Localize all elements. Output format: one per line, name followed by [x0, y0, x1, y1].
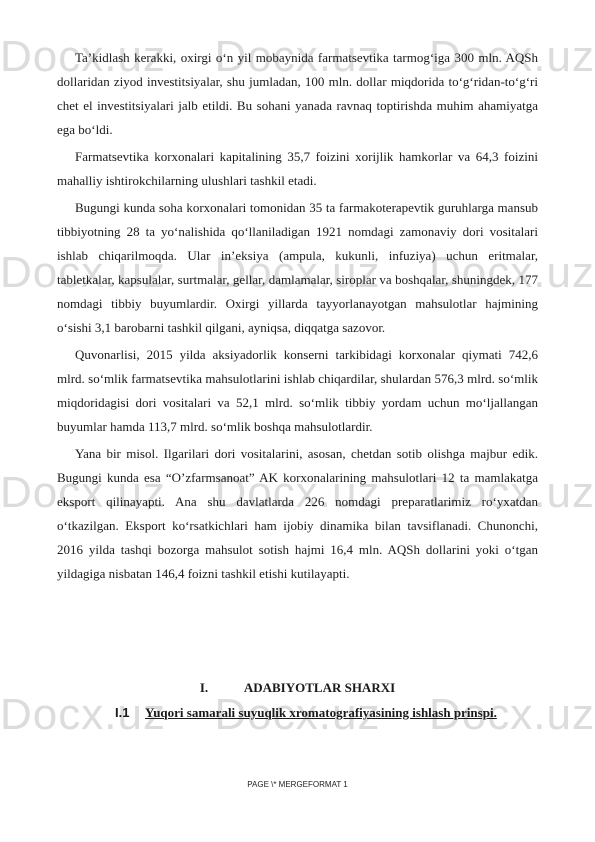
section-heading: I.ADABIYOTLAR SHARXI	[0, 680, 595, 696]
paragraph-investments: Ta’kidlash kerakki, oxirgi o‘n yil mobay…	[57, 46, 538, 142]
section-title: ADABIYOTLAR SHARXI	[244, 680, 395, 695]
paragraph-capital-share: Farmatsevtika korxonalari kapitalining 3…	[57, 145, 538, 193]
paragraph-2015-output: Quvonarlisi, 2015 yilda aksiyadorlik kon…	[57, 343, 538, 439]
subsection-title: Yuqori samarali suyuqlik xromatografiyas…	[145, 705, 497, 720]
paragraph-export: Yana bir misol. Ilgarilari dori vositala…	[57, 442, 538, 586]
page-footer-field: PAGE \* MERGEFORMAT 1	[0, 780, 595, 789]
section-number: I.	[200, 680, 244, 696]
document-page: Docx.uz Docx.uz Docx.uz Docx.uz Docx.uz …	[0, 0, 595, 842]
paragraph-production: Bugungi kunda soha korxonalari tomonidan…	[57, 196, 538, 340]
document-body: Ta’kidlash kerakki, oxirgi o‘n yil mobay…	[57, 46, 538, 589]
subsection-heading: I.1Yuqori samarali suyuqlik xromatografi…	[115, 705, 497, 721]
subsection-number: I.1	[115, 705, 145, 720]
